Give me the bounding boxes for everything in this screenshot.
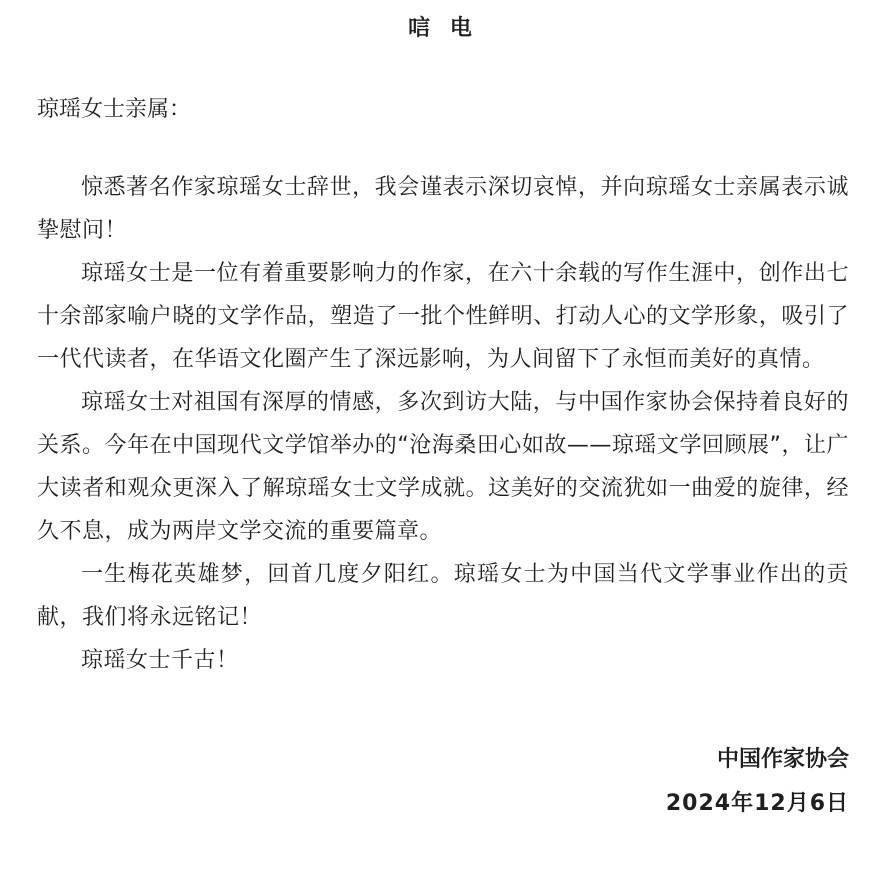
paragraph: 惊悉著名作家琼瑶女士辞世，我会谨表示深切哀悼，并向琼瑶女士亲属表示诚挚慰问！ — [37, 166, 849, 252]
paragraph: 一生梅花英雄梦，回首几度夕阳红。琼瑶女士为中国当代文学事业作出的贡献，我们将永远… — [37, 553, 849, 639]
paragraph: 琼瑶女士是一位有着重要影响力的作家，在六十余载的写作生涯中，创作出七十余部家喻户… — [37, 252, 849, 381]
page-title: 唁 电 — [37, 14, 849, 44]
condolence-letter-page: 唁 电 琼瑶女士亲属： 惊悉著名作家琼瑶女士辞世，我会谨表示深切哀悼，并向琼瑶女… — [0, 0, 886, 881]
signature-block: 中国作家协会 2024年12月6日 — [37, 738, 849, 826]
signature-organization: 中国作家协会 — [37, 738, 849, 782]
paragraph: 琼瑶女士千古！ — [37, 639, 849, 682]
paragraph: 琼瑶女士对祖国有深厚的情感，多次到访大陆，与中国作家协会保持着良好的关系。今年在… — [37, 381, 849, 553]
letter-body: 惊悉著名作家琼瑶女士辞世，我会谨表示深切哀悼，并向琼瑶女士亲属表示诚挚慰问！琼瑶… — [37, 166, 849, 682]
signature-date: 2024年12月6日 — [37, 782, 849, 826]
salutation: 琼瑶女士亲属： — [37, 94, 849, 126]
